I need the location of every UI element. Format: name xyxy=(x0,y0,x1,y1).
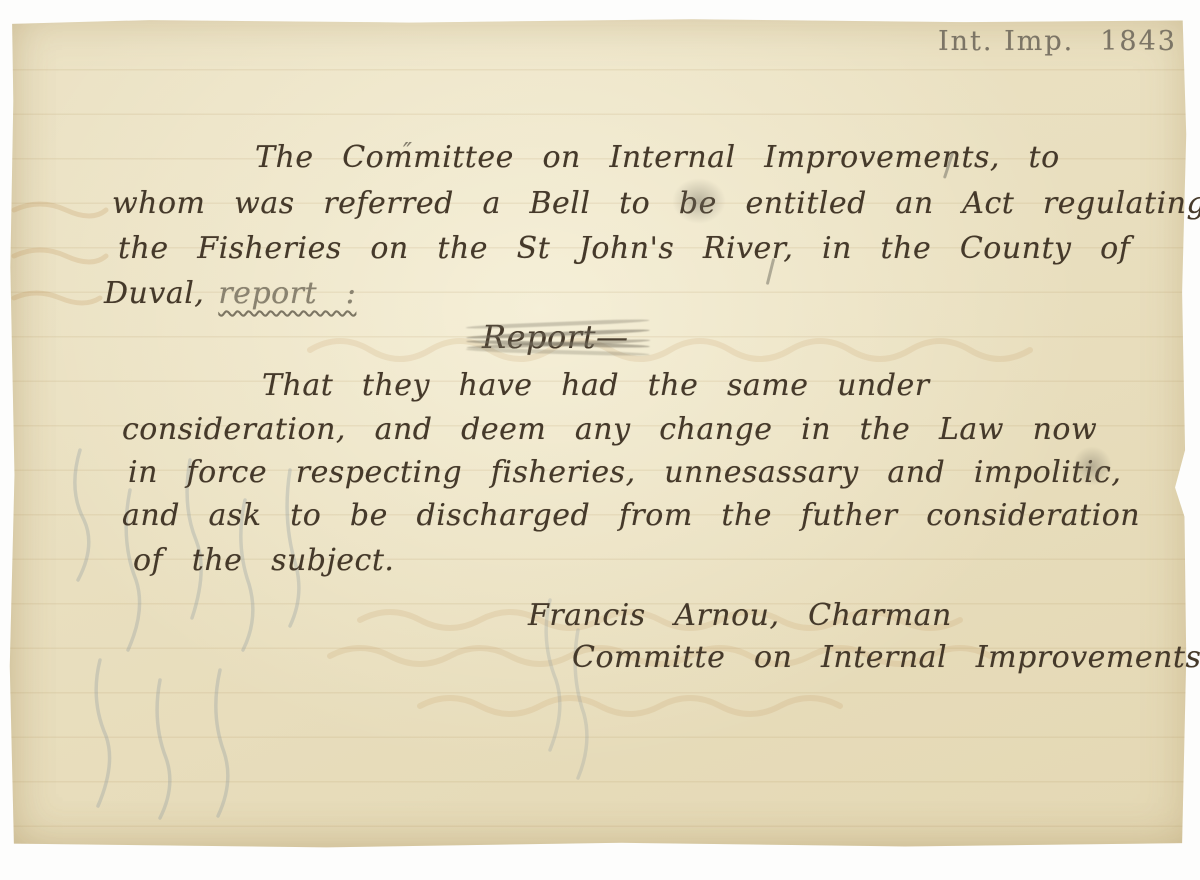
signature-name: Francis Arnou, Charman xyxy=(528,598,952,633)
manuscript-line: That they have had the same under xyxy=(262,368,930,403)
manuscript-line: The Committee on Internal Improvements, … xyxy=(255,140,1060,175)
signature-title: Committe on Internal Improvements xyxy=(572,640,1200,675)
manuscript-line: Duval,report : xyxy=(104,276,356,311)
struck-heading: Report— xyxy=(482,318,628,356)
manuscript-line: whom was referred a Bell to be entitled … xyxy=(112,186,1200,221)
manuscript-line: the Fisheries on the St John's River, in… xyxy=(118,231,1130,266)
archival-note-label: Int. Imp. xyxy=(938,26,1074,57)
struck-heading-wrap: Report— xyxy=(482,318,628,356)
archival-annotation: Int. Imp.1843 xyxy=(938,26,1177,57)
manuscript-line: consideration, and deem any change in th… xyxy=(122,412,1097,447)
archival-note-year: 1843 xyxy=(1100,26,1177,57)
manuscript-line: and ask to be discharged from the futher… xyxy=(122,498,1140,533)
pencil-inserted-word: report : xyxy=(218,276,356,311)
scanned-manuscript-page: Int. Imp.1843 ″ The Committee on Interna… xyxy=(0,0,1200,880)
manuscript-line: of the subject. xyxy=(133,543,394,578)
manuscript-line: in force respecting fisheries, unnesassa… xyxy=(128,455,1121,490)
manuscript-line-ink: Duval, xyxy=(104,276,204,311)
